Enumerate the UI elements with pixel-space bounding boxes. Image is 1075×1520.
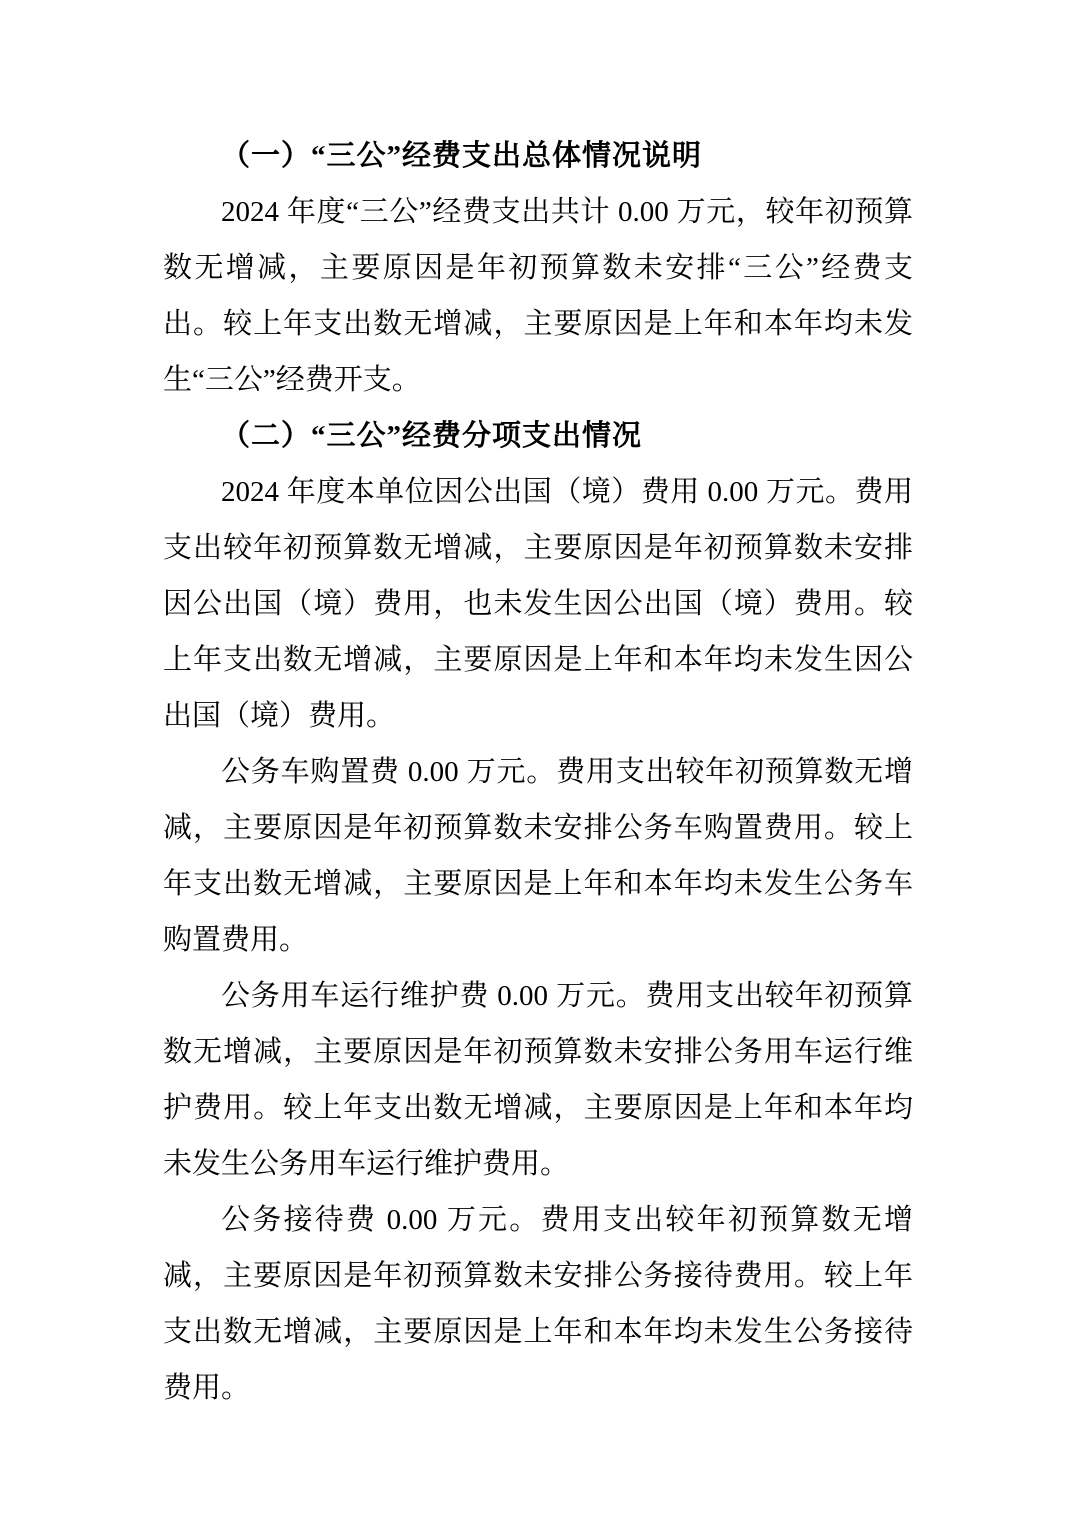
paragraph-vehicle-purchase: 公务车购置费 0.00 万元。费用支出较年初预算数无增减，主要原因是年初预算数未… [163, 744, 913, 968]
paragraph-official-reception: 公务接待费 0.00 万元。费用支出较年初预算数无增减，主要原因是年初预算数未安… [163, 1192, 913, 1416]
section-heading-overall: （一）“三公”经费支出总体情况说明 [163, 128, 913, 184]
document-page: （一）“三公”经费支出总体情况说明 2024 年度“三公”经费支出共计 0.00… [0, 0, 1075, 1520]
document-body: （一）“三公”经费支出总体情况说明 2024 年度“三公”经费支出共计 0.00… [163, 128, 913, 1416]
paragraph-vehicle-maintenance: 公务用车运行维护费 0.00 万元。费用支出较年初预算数无增减，主要原因是年初预… [163, 968, 913, 1192]
paragraph-overseas-travel: 2024 年度本单位因公出国（境）费用 0.00 万元。费用支出较年初预算数无增… [163, 464, 913, 744]
paragraph-overall-expenses: 2024 年度“三公”经费支出共计 0.00 万元，较年初预算数无增减，主要原因… [163, 184, 913, 408]
section-heading-itemized: （二）“三公”经费分项支出情况 [163, 408, 913, 464]
